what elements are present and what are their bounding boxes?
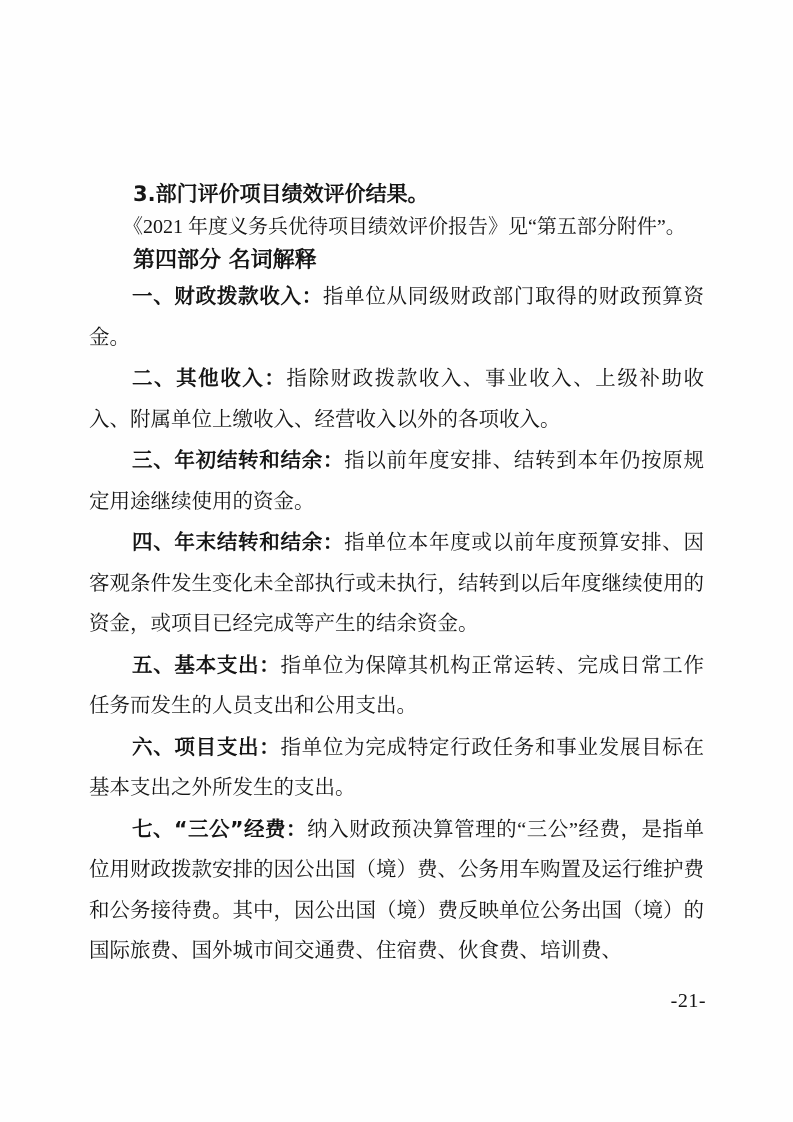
definition-term: 二、其他收入： [132, 366, 286, 390]
section-heading: 第四部分 名词解释 [89, 244, 705, 278]
definition-term: 一、财政拨款收入： [132, 284, 323, 308]
definitions-block: 一、财政拨款收入：指单位从同级财政部门取得的财政预算资金。 二、其他收入：指除财… [89, 276, 704, 972]
definition-term: 四、年末结转和结余： [132, 530, 344, 554]
page-number: -21- [671, 990, 706, 1013]
definition-term: 六、项目支出： [132, 735, 280, 759]
definition-project-expenditure: 六、项目支出：指单位为完成特定行政任务和事业发展目标在基本支出之外所发生的支出。 [89, 727, 704, 809]
document-page: 3.部门评价项目绩效评价结果。 《2021 年度义务兵优待项目绩效评价报告》见“… [0, 0, 793, 1122]
definition-other-income: 二、其他收入：指除财政拨款收入、事业收入、上级补助收入、附属单位上缴收入、经营收… [89, 358, 704, 440]
definition-term: 三、年初结转和结余： [132, 448, 344, 472]
definition-year-begin-carryover: 三、年初结转和结余：指以前年度安排、结转到本年仍按原规定用途继续使用的资金。 [89, 440, 704, 522]
definition-term: 五、基本支出： [132, 653, 280, 677]
definition-year-end-carryover: 四、年末结转和结余：指单位本年度或以前年度预算安排、因客观条件发生变化未全部执行… [89, 522, 704, 645]
definition-fiscal-appropriation-income: 一、财政拨款收入：指单位从同级财政部门取得的财政预算资金。 [89, 276, 704, 358]
report-reference-line: 《2021 年度义务兵优待项目绩效评价报告》见“第五部分附件”。 [89, 211, 705, 244]
document-header-block: 3.部门评价项目绩效评价结果。 《2021 年度义务兵优待项目绩效评价报告》见“… [89, 178, 705, 278]
definition-three-public-funds: 七、“三公”经费：纳入财政预决算管理的“三公”经费，是指单位用财政拨款安排的因公… [89, 809, 704, 972]
numbered-heading: 3.部门评价项目绩效评价结果。 [89, 178, 705, 211]
definition-basic-expenditure: 五、基本支出：指单位为保障其机构正常运转、完成日常工作任务而发生的人员支出和公用… [89, 645, 704, 727]
definition-term: 七、“三公”经费： [132, 817, 307, 841]
